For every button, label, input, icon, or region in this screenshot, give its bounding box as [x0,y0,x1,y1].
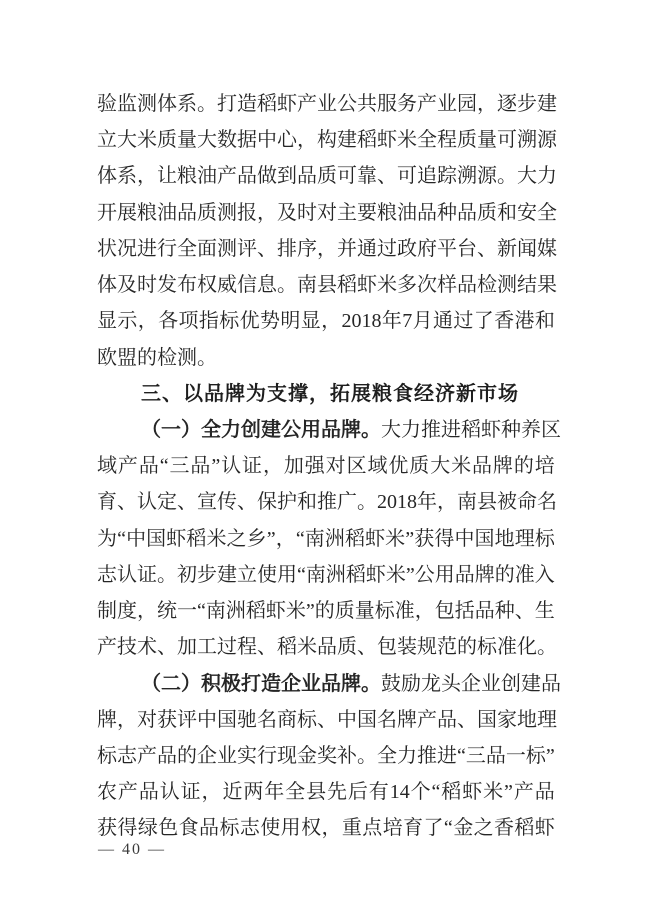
text-segment: 品 [317,629,337,665]
text-segment: 、 [157,629,177,665]
text-segment: 公 [281,412,301,448]
text-segment: 企 [281,666,301,702]
text-segment: 南 [206,593,226,629]
text-segment: 息 [257,267,277,303]
text-segment: 产 [417,86,437,122]
text-segment: 范 [437,629,457,665]
text-segment: 优 [388,448,408,484]
page-number: — 40 — [98,840,166,860]
text-segment: 媒 [537,231,557,267]
text-segment: 标 [477,629,497,665]
text-segment: 品 [457,267,477,303]
text-segment: 质 [477,195,497,231]
subsection-lead: （一）全力创建公用品牌。大力推进稻虾种养区 [97,412,555,448]
text-segment: 大 [381,412,401,448]
text-segment: 大 [517,158,537,194]
text-segment: 标 [97,738,117,774]
text-segment: 年 [264,774,284,810]
text-segment: 欧盟的检测。 [97,347,217,369]
text-segment: 标 [297,702,317,738]
text-segment: 过 [377,231,397,267]
text-segment: 牌 [341,412,361,448]
text-segment: 实 [237,738,257,774]
text-segment: 展 [117,195,137,231]
text-segment: 品 [475,593,495,629]
text-segment: 台 [457,231,477,267]
text-segment: 发 [157,267,177,303]
text-segment: 行 [157,231,177,267]
text-segment: 国 [475,521,495,557]
text-segment: 样 [437,267,457,303]
text-segment: 技 [117,629,137,665]
text-segment: 打 [241,666,261,702]
text-segment: 品 [417,195,437,231]
document-page: 验监测体系。打造稻虾产业公共服务产业园，逐步建立大米质量大数据中心，构建稻虾米全… [0,0,650,919]
text-segment: 、 [377,158,397,194]
text-segment: 虾 [481,412,501,448]
text-segment: 系 [117,158,137,194]
text-segment: 品 [486,738,506,774]
text-segment: 据 [237,122,257,158]
text-segment: 括 [455,593,475,629]
text-segment: 品 [237,158,257,194]
text-segment: 虾 [462,774,482,810]
text-segment: 产 [417,702,437,738]
text-segment: 虾 [357,267,377,303]
text-segment: 新 [497,231,517,267]
text-segment: 统 [157,593,177,629]
text-segment: 力 [397,738,417,774]
text-segment: 养 [521,412,541,448]
text-segment: 造 [261,666,281,702]
text-segment: 育 [403,810,423,846]
text-segment: 域 [97,448,117,484]
text-segment: 志 [117,738,137,774]
text-segment: 油 [197,158,217,194]
text-segment: ， [321,810,341,846]
text-segment: 面 [197,231,217,267]
section-heading: 三、以品牌为支撑，拓展粮食经济新市场 [97,376,555,412]
text-segment: 志 [240,810,260,846]
text-segment: 园 [457,86,477,122]
text-segment: 地 [495,521,515,557]
text-segment: 打 [217,86,237,122]
text-segment: 。 [157,557,177,593]
text-segment: 培 [535,448,555,484]
text-segment: 米 [483,774,503,810]
text-line: 农产品认证，近两年全县先后有14个“稻虾米”产品 [97,774,555,810]
text-segment: ” [546,738,555,774]
text-segment: 步 [197,557,217,593]
text-segment: 近 [222,774,242,810]
text-segment: 评 [237,231,257,267]
text-segment: 报 [237,195,257,231]
text-segment: 名 [377,702,397,738]
text-segment: 了 [474,303,494,339]
text-segment: 中 [337,702,357,738]
text-segment: 极 [221,666,241,702]
text-segment: 源 [477,158,497,194]
text-segment: 对 [317,195,337,231]
text-segment: 排 [277,231,297,267]
text-segment: 大 [117,122,137,158]
text-segment: 虾 [277,86,297,122]
text-segment: 产 [217,158,237,194]
text-segment: 认 [160,774,180,810]
text-segment: 二 [161,666,181,702]
text-segment: 品 [139,774,159,810]
text-segment: 可 [337,158,357,194]
text-segment: 推 [421,412,441,448]
text-segment: 虾 [377,122,397,158]
text-segment: 粮 [177,158,197,194]
text-segment: 时 [297,195,317,231]
text-segment: 米 [297,629,317,665]
text-segment: 育 [97,484,117,520]
text-segment: 包 [435,593,455,629]
text-segment: 理 [537,702,557,738]
text-segment: 标 [535,521,555,557]
text-segment: 品 [321,666,341,702]
text-segment: 、 [117,484,137,520]
text-segment: 护 [277,484,297,520]
text-segment: 食 [179,810,199,846]
text-segment: 通 [357,231,377,267]
text-segment: 7 [402,303,412,339]
text-segment: 全 [417,122,437,158]
text-segment: 明 [280,303,300,339]
text-segment: 用 [435,557,455,593]
text-segment: 准 [395,593,415,629]
text-segment: 稻 [461,412,481,448]
text-segment: 项 [179,303,199,339]
text-segment: 现 [277,738,297,774]
text-segment: 。 [361,666,381,702]
text-segment: 信 [237,267,257,303]
text-segment: 认 [221,448,241,484]
text-segment: 标 [219,810,239,846]
text-segment: 品 [177,195,197,231]
text-segment: 、 [515,593,535,629]
text-line: 验监测体系。打造稻虾产业公共服务产业园，逐步建 [97,86,555,122]
text-segment: 测 [497,267,517,303]
text-segment: 企 [197,738,217,774]
text-segment: 果 [537,267,557,303]
text-segment: 乡 [247,521,267,557]
text-segment: 让 [157,158,177,194]
text-segment: 。 [197,86,217,122]
text-segment: ， [117,702,137,738]
text-segment: 品 [472,448,492,484]
text-segment: 牌 [397,702,417,738]
text-segment: 品 [139,448,159,484]
text-segment: ” [406,557,415,593]
text-segment: 力 [221,412,241,448]
text-segment: 力 [401,412,421,448]
text-segment: “ [457,738,466,774]
text-segment: 程 [237,629,257,665]
text-segment: 认 [117,557,137,593]
text-segment: 南 [306,557,326,593]
text-segment: 中 [197,702,217,738]
text-segment: “ [160,448,169,484]
text-segment: 2018 [342,303,382,339]
text-line: 为“中国虾稻米之乡”，“南洲稻虾米”获得中国地理标 [97,521,555,557]
text-segment: 之 [474,810,494,846]
text-segment: 规 [417,629,437,665]
text-segment: 稻 [514,810,534,846]
text-segment: 进 [437,738,457,774]
text-segment: 商 [277,702,297,738]
text-segment: （ [141,412,161,448]
text-segment: 稻 [186,521,206,557]
text-segment: 评 [177,702,197,738]
text-segment: 准 [497,629,517,665]
text-segment: 显 [301,303,321,339]
text-segment: 及 [277,195,297,231]
text-segment: 全 [377,738,397,774]
text-segment: 靠 [357,158,377,194]
text-segment: ， [297,122,317,158]
text-segment: 三 [466,738,486,774]
text-segment: 。 [277,267,297,303]
text-segment: 品 [190,448,210,484]
text-segment: 创 [241,412,261,448]
text-segment: 稻 [246,593,266,629]
text-segment: 了 [424,810,444,846]
text-line: 育、认定、宣传、保护和推广。2018年，南县被命名 [97,484,555,520]
text-segment: 牌 [341,666,361,702]
text-segment: 一 [506,738,526,774]
text-segment: 三 [170,448,190,484]
text-segment: 测 [137,86,157,122]
text-segment: 体 [97,158,117,194]
text-segment: 造 [237,86,257,122]
text-segment: 溯 [517,122,537,158]
text-segment: 可 [397,158,417,194]
text-segment: 体 [97,267,117,303]
text-segment: 序 [297,231,317,267]
text-line: 欧盟的检测。 [97,340,555,376]
text-segment: 油 [157,195,177,231]
text-segment: 种 [495,593,515,629]
text-segment: 稻 [277,629,297,665]
text-segment: 业 [317,86,337,122]
text-segment: 步 [517,86,537,122]
text-segment: 、 [317,702,337,738]
text-segment: 多 [397,267,417,303]
text-segment: 励 [401,666,421,702]
text-segment: 开 [97,195,117,231]
text-segment: 全 [201,412,221,448]
text-segment: 米 [286,593,306,629]
text-segment: 品 [541,666,561,702]
text-segment: 。 [357,738,377,774]
text-segment: ” [267,521,276,557]
text-segment: 洲 [226,593,246,629]
text-segment: 过 [453,303,473,339]
text-segment: 产 [514,774,534,810]
text-segment: 标 [375,593,395,629]
text-segment: 县 [317,267,337,303]
text-segment: 、 [477,231,497,267]
text-segment: 对 [137,702,157,738]
text-line: 显示，各项指标优势明显，2018年7月通过了香港和 [97,303,555,339]
text-segment: 业 [217,738,237,774]
text-segment: 个 [411,774,431,810]
text-segment: 虾 [266,593,286,629]
text-segment: 金 [453,810,473,846]
text-segment: “ [296,521,305,557]
text-segment: 及 [117,267,137,303]
text-segment: 牌 [475,557,495,593]
text-segment: 到 [277,158,297,194]
text-segment: 广 [337,484,357,520]
text-segment: 香 [494,303,514,339]
text-segment: 进 [441,412,461,448]
text-segment: 年 [382,303,402,339]
text-segment: 公 [337,86,357,122]
text-segment: 追 [417,158,437,194]
text-segment: ， [477,86,497,122]
text-segment: 初 [177,557,197,593]
text-line: 标志产品的企业实行现金奖补。全力推进“三品一标” [97,738,555,774]
text-segment: 先 [327,774,347,810]
text-segment: 大 [197,122,217,158]
text-segment: “ [444,810,453,846]
text-segment: 的 [457,629,477,665]
text-segment: 势 [260,303,280,339]
text-segment: 种 [501,412,521,448]
text-segment: 粮 [137,195,157,231]
text-segment: 点 [362,810,382,846]
text-segment: 测 [217,231,237,267]
text-segment: 主 [337,195,357,231]
text-segment: ， [263,448,283,484]
text-segment: 推 [417,738,437,774]
text-segment: 次 [417,267,437,303]
text-segment: 证 [181,774,201,810]
text-segment: 检 [477,267,497,303]
text-segment: 示 [117,303,137,339]
text-segment: 。 [537,629,557,665]
text-segment: 一 [161,412,181,448]
text-segment: 对 [326,448,346,484]
text-segment: 家 [497,702,517,738]
text-segment: 的 [177,738,197,774]
text-segment: 品 [321,412,341,448]
text-segment: 14 [390,774,410,810]
text-segment: 、 [257,231,277,267]
text-segment: 重 [342,810,362,846]
text-segment: 立 [97,122,117,158]
text-segment: ， [317,231,337,267]
text-segment: 生 [535,593,555,629]
text-segment: 质 [197,195,217,231]
text-line: 立大米质量大数据中心，构建稻虾米全程质量可溯源 [97,122,555,158]
text-segment: 加 [177,629,197,665]
text-segment: ” [504,774,513,810]
text-segment: 质 [157,122,177,158]
text-segment: 心 [277,122,297,158]
text-segment: 和 [297,484,317,520]
text-segment: 被 [497,484,517,520]
text-segment: 品 [457,195,477,231]
text-segment: ） [181,666,201,702]
text-line: 体及时发布权威信息。南县稻虾米多次样品检测结果 [97,267,555,303]
text-segment: 地 [517,702,537,738]
text-segment: 稻 [357,122,377,158]
text-segment: 建 [521,666,541,702]
text-segment: 质 [337,629,357,665]
text-segment: 米 [397,122,417,158]
text-segment: 量 [477,122,497,158]
text-segment: 系 [177,86,197,122]
text-segment: 宣 [197,484,217,520]
text-segment: 志 [97,557,117,593]
text-segment: 奖 [317,738,337,774]
text-segment: 定 [157,484,177,520]
text-segment: 进 [137,231,157,267]
text-segment: “ [117,521,126,557]
text-segment: 米 [451,448,471,484]
text-segment: 行 [257,738,277,774]
text-segment: 全 [177,231,197,267]
text-segment: 使 [260,810,280,846]
text-segment: 培 [383,810,403,846]
text-line: 体系，让粮油产品做到品质可靠、可追踪溯源。大力 [97,158,555,194]
text-segment: ， [137,158,157,194]
text-segment: 状 [97,231,117,267]
text-segment: 监 [117,86,137,122]
text-segment: 的 [514,448,534,484]
text-segment: 。 [497,158,517,194]
text-segment: 创 [501,666,521,702]
text-segment: 各 [158,303,178,339]
text-segment: 稻 [337,267,357,303]
text-line: 开展粮油品质测报，及时对主要粮油品种品质和安全 [97,195,555,231]
text-segment: 业 [301,666,321,702]
text-segment: 公 [415,557,435,593]
text-segment: 显 [97,303,117,339]
text-line: 牌，对获评中国驰名商标、中国名牌产品、国家地理 [97,702,555,738]
text-segment: 建 [217,557,237,593]
document-body: 验监测体系。打造稻虾产业公共服务产业园，逐步建立大米质量大数据中心，构建稻虾米全… [97,86,555,847]
text-segment: 龙 [421,666,441,702]
text-segment: 获 [157,702,177,738]
text-segment: 溯 [457,158,477,194]
text-segment: 两 [243,774,263,810]
text-segment: 过 [217,629,237,665]
text-segment: ， [276,521,296,557]
text-segment: 虾 [166,521,186,557]
text-segment: 品 [157,738,177,774]
text-segment: 的 [495,557,515,593]
text-segment: 用 [301,412,321,448]
text-segment: 装 [397,629,417,665]
text-segment: ， [138,303,158,339]
text-segment: 南 [457,484,477,520]
text-segment: 务 [397,86,417,122]
text-segment: 品 [437,702,457,738]
text-segment: 理 [515,521,535,557]
text-segment: 头 [441,666,461,702]
text-line: 制度，统一“南洲稻虾米”的质量标准，包括品种、生 [97,593,555,629]
text-segment: 保 [257,484,277,520]
text-segment: 产 [297,86,317,122]
text-segment: 年 [417,484,437,520]
text-segment: 产 [137,738,157,774]
